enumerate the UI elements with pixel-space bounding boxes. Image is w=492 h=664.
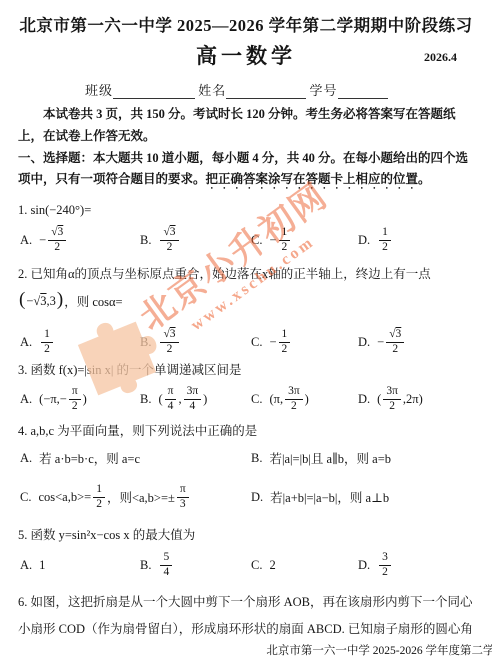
q5-option-c: C.2 (251, 558, 358, 573)
page-title: 北京市第一六一中学 2025—2026 学年第二学期期中阶段练习 (18, 12, 474, 36)
q4-options-row1: A.若 a·b=b·c，则 a=c B.若|a|=|b|且 a∥b，则 a=b (18, 446, 474, 470)
q1-option-b: B.√32 (140, 226, 251, 253)
q5-option-a: A.1 (20, 558, 140, 573)
q5-option-b: B.54 (140, 551, 251, 578)
q2-option-d: D.−√32 (358, 328, 406, 355)
q3-option-b: B.(π4,3π4) (140, 385, 251, 412)
exam-paper-page: { "header": { "title": "北京市第一六一中学 2025—2… (0, 0, 492, 664)
q1-option-d: D.12 (358, 226, 393, 253)
q2-math-line: (−√3,3)，则 cosα= (18, 288, 474, 314)
field-class-blank (113, 85, 195, 99)
q2-options: A.12 B.√32 C.−12 D.−√32 (18, 324, 474, 360)
exam-date: 2026.4 (424, 50, 457, 65)
q4-option-a: A.若 a·b=b·c，则 a=c (20, 449, 251, 467)
q1-option-c: C.−12 (251, 226, 358, 253)
q2-option-a: A.12 (20, 328, 140, 355)
q3-option-a: A.(−π,−π2) (20, 385, 140, 412)
section-heading: 一、选择题：本大题共 10 道小题，每小题 4 分，共 40 分。在每小题给出的… (18, 148, 474, 192)
q5-stem: 5. 函数 y=sin²x−cos x 的最大值为 (18, 527, 474, 544)
student-fields: 班级 姓名 学号 (85, 80, 388, 99)
q1-option-a: A.−√32 (20, 226, 140, 253)
field-class-label: 班级 (85, 83, 113, 98)
q5-options: A.1 B.54 C.2 D.32 (18, 547, 474, 583)
field-id-label: 学号 (310, 83, 338, 98)
field-name-label: 姓名 (198, 83, 226, 98)
q5-option-d: D.32 (358, 551, 393, 578)
page-footer: 北京市第一六一中学 2025-2026 学年度第二学期 (266, 642, 492, 658)
q4-options-row2: C.cos<a,b>=12，则<a,b>=±π3 D.若|a+b|=|a−b|，… (18, 479, 474, 515)
q3-option-c: C.(π,3π2) (251, 385, 358, 412)
q6-text: 6. 如图，这把折扇是从一个大圆中剪下一个扇形 AOB，再在该扇形内剪下一个同心… (18, 589, 474, 643)
q2-option-c: C.−12 (251, 328, 358, 355)
q3-option-d: D.(3π2,2π) (358, 385, 423, 412)
q4-stem: 4. a,b,c 为平面向量，则下列说法中正确的是 (18, 423, 474, 440)
q2-stem: 2. 已知角α的顶点与坐标原点重合，始边落在x轴的正半轴上，终边上有一点 (18, 266, 474, 283)
q4-option-b: B.若|a|=|b|且 a∥b，则 a=b (251, 449, 391, 467)
q2-option-b: B.√32 (140, 328, 251, 355)
subject-title: 高一数学 (18, 40, 474, 70)
q1-stem: 1. sin(−240°)= (18, 202, 474, 219)
q4-option-c: C.cos<a,b>=12，则<a,b>=±π3 (20, 483, 251, 510)
q4-option-d: D.若|a+b|=|a−b|，则 a⊥b (251, 488, 389, 506)
exam-notice: 本试卷共 3 页，共 150 分。考试时长 120 分钟。考生务必将答案写在答题… (18, 103, 474, 147)
section-heading-emphasis: 把正确答案涂写在答题卡上相应的位置。 (206, 172, 431, 186)
q1-options: A.−√32 B.√32 C.−12 D.12 (18, 222, 474, 258)
q3-stem: 3. 函数 f(x)=|sin x| 的一个单调递减区间是 (18, 362, 474, 379)
field-name-blank (226, 85, 306, 99)
q3-options: A.(−π,−π2) B.(π4,3π4) C.(π,3π2) D.(3π2,2… (18, 382, 474, 416)
field-id-blank (338, 85, 388, 99)
